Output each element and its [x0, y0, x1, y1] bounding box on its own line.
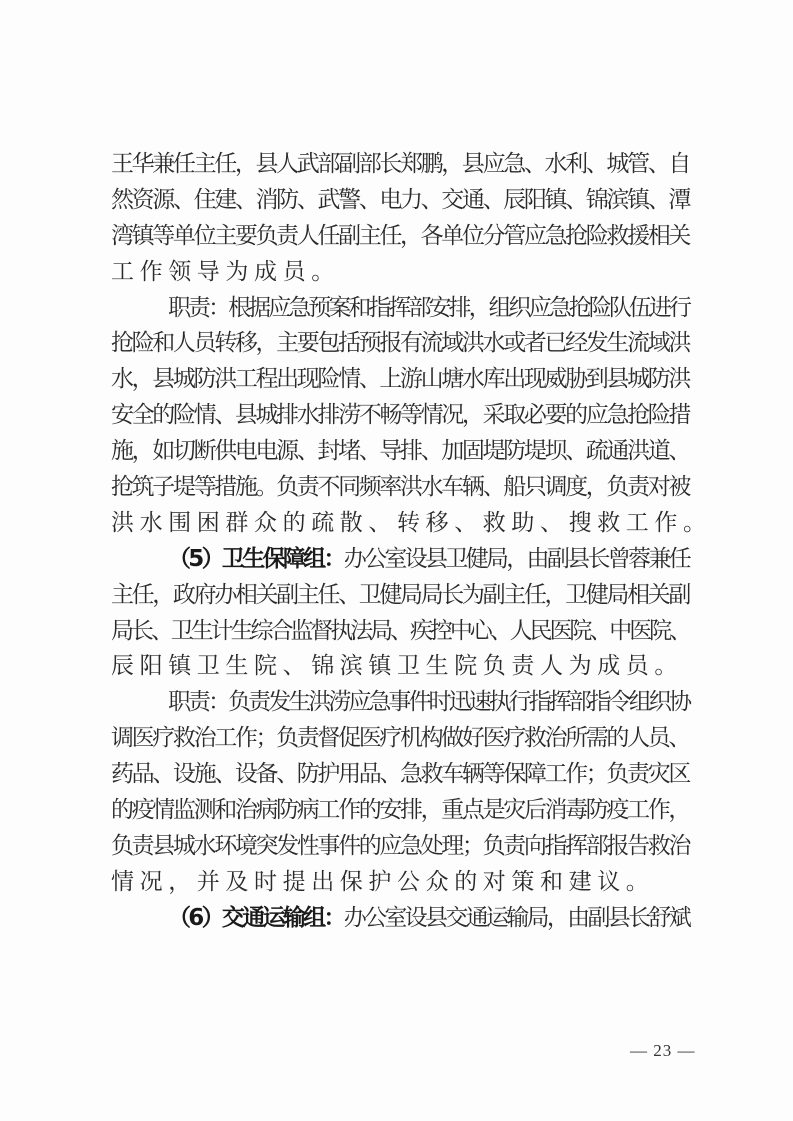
- text-line: 然资源、住建、消防、武警、电力、交通、辰阳镇、锦滨镇、潭: [111, 183, 689, 219]
- paragraph-leadership-members: 王华兼任主任，县人武部副部长郑鹏，县应急、水利、城管、自 然资源、住建、消防、武…: [111, 147, 689, 291]
- document-page: 王华兼任主任，县人武部副部长郑鹏，县应急、水利、城管、自 然资源、住建、消防、武…: [0, 0, 793, 1121]
- text-line: 主任，政府办相关副主任、卫健局局长为副主任，卫健局相关副: [111, 578, 689, 614]
- text-line: 调医疗救治工作；负责督促医疗机构做好医疗救治所需的人员、: [111, 721, 689, 757]
- paragraph-health-duties: 职责：负责发生洪涝应急事件时迅速执行指挥部指令组织协 调医疗救治工作；负责督促医…: [111, 685, 689, 900]
- text-line: 工作领导为成员。: [111, 255, 689, 291]
- text-line: （6）交通运输组：办公室设县交通运输局，由副县长舒斌: [111, 901, 689, 937]
- text-line: 的疫情监测和治病防病工作的安排，重点是灾后消毒防疫工作，: [111, 793, 689, 829]
- text-line: 施，如切断供电电源、封堵、导排、加固堤防堤坝、疏通洪道、: [111, 434, 689, 470]
- document-body: 王华兼任主任，县人武部副部长郑鹏，县应急、水利、城管、自 然资源、住建、消防、武…: [111, 147, 689, 937]
- text-line: （5）卫生保障组：办公室设县卫健局，由副县长曾蓉兼任: [111, 542, 689, 578]
- text-line: 洪水围困群众的疏散、转移、救助、搜救工作。: [111, 506, 689, 542]
- section-heading-transport: （6）交通运输组：: [168, 905, 344, 931]
- paragraph-rescue-duties: 职责：根据应急预案和指挥部安排，组织应急抢险队伍进行 抢险和人员转移，主要包括预…: [111, 291, 689, 542]
- text-line: 负责县城水环境突发性事件的应急处理；负责向指挥部报告救治: [111, 829, 689, 865]
- text-line: 情况，并及时提出保护公众的对策和建议。: [111, 865, 689, 901]
- paragraph-transport-group: （6）交通运输组：办公室设县交通运输局，由副县长舒斌: [111, 901, 689, 937]
- text-line: 职责：负责发生洪涝应急事件时迅速执行指挥部指令组织协: [111, 685, 689, 721]
- section-heading-health: （5）卫生保障组：: [168, 546, 344, 572]
- text-line: 安全的险情、县城排水排涝不畅等情况，采取必要的应急抢险措: [111, 398, 689, 434]
- paragraph-health-group: （5）卫生保障组：办公室设县卫健局，由副县长曾蓉兼任 主任，政府办相关副主任、卫…: [111, 542, 689, 686]
- text-line: 抢险和人员转移，主要包括预报有流域洪水或者已经发生流域洪: [111, 326, 689, 362]
- text-line: 水，县城防洪工程出现险情、上游山塘水库出现威胁到县城防洪: [111, 362, 689, 398]
- page-number: — 23 —: [630, 1041, 696, 1061]
- text-line: 药品、设施、设备、防护用品、急救车辆等保障工作；负责灾区: [111, 757, 689, 793]
- text-line: 王华兼任主任，县人武部副部长郑鹏，县应急、水利、城管、自: [111, 147, 689, 183]
- text-line: 抢筑子堤等措施。负责不同频率洪水车辆、船只调度，负责对被: [111, 470, 689, 506]
- text-line: 湾镇等单位主要负责人任副主任，各单位分管应急抢险救援相关: [111, 219, 689, 255]
- text-line: 职责：根据应急预案和指挥部安排，组织应急抢险队伍进行: [111, 291, 689, 327]
- text-line: 局长、卫生计生综合监督执法局、疾控中心、人民医院、中医院、: [111, 614, 689, 650]
- text-line: 辰阳镇卫生院、锦滨镇卫生院负责人为成员。: [111, 649, 689, 685]
